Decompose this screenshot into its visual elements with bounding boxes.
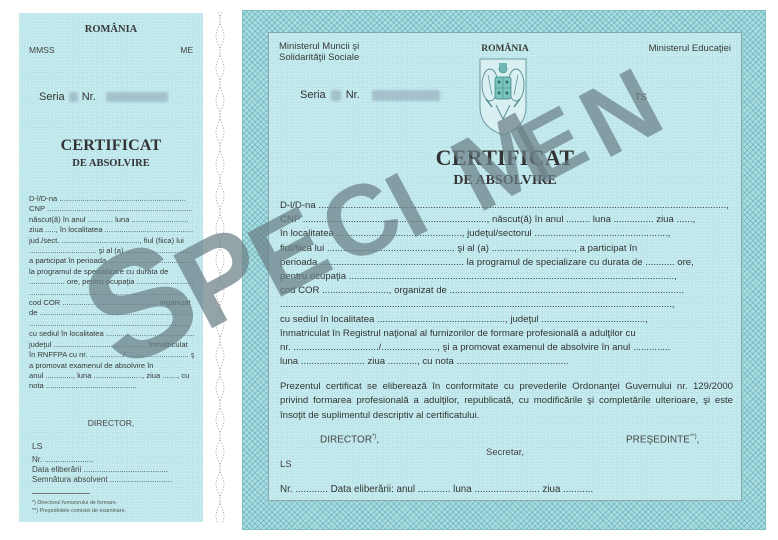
issue-details-line: Nr. ............ Data eliberării: anul .… bbox=[280, 484, 593, 495]
perforation-line bbox=[215, 12, 225, 528]
certificate-field-line: cod COR ........................., organ… bbox=[280, 284, 733, 298]
stub-field-line: ........................................… bbox=[29, 319, 194, 329]
series-redacted bbox=[331, 90, 341, 101]
certificate-title: CERTIFICAT bbox=[269, 145, 741, 171]
ls-seal-label: LS bbox=[280, 459, 292, 470]
stub-field-line: D-l/D-na ...............................… bbox=[29, 194, 194, 204]
stub-field-line: anul ............., luna ...............… bbox=[29, 371, 194, 381]
seria-label: Seria bbox=[300, 89, 326, 101]
stub-field-line: la programul de specializare cu durata d… bbox=[29, 267, 194, 277]
certificate-main: Ministerul Muncii şi Solidarităţii Socia… bbox=[268, 32, 742, 501]
certificate-field-line: CNP ....................................… bbox=[280, 213, 733, 227]
stub-field-line: cod COR ................................… bbox=[29, 298, 194, 308]
certificate-field-line: în localitatea .........................… bbox=[280, 227, 733, 241]
stub-title: CERTIFICAT bbox=[19, 137, 203, 155]
stub-field-line: ........................................… bbox=[29, 288, 194, 298]
stub-fields: D-l/D-na ...............................… bbox=[29, 194, 194, 392]
romania-coat-of-arms-icon bbox=[476, 55, 530, 137]
certificate-field-line: D-l/D-na ...............................… bbox=[280, 199, 733, 213]
stub-issue-date-field: Data eliberării ........................… bbox=[32, 465, 172, 475]
stub-seria-label: Seria bbox=[39, 91, 65, 103]
stub-footnotes: *) Directorul furnizorului de formare. *… bbox=[32, 500, 126, 515]
director-footnote-mark: *) bbox=[372, 434, 376, 440]
stub-field-line: cu sediul în localitatea ...............… bbox=[29, 329, 194, 339]
president-footnote-mark: **) bbox=[690, 434, 697, 440]
number-redacted bbox=[372, 90, 440, 101]
stub-nr-field: Nr. ...................... bbox=[32, 455, 172, 465]
stub-field-line: a participat în perioada ...............… bbox=[29, 256, 194, 266]
footnote-president: **) Preşedintele comisiei de examinare. bbox=[32, 508, 126, 516]
stub-field-line: a promovat examenul de absolvire în bbox=[29, 361, 194, 371]
stub-field-line: de .....................................… bbox=[29, 308, 194, 318]
certificate-field-line: cu sediul în localitatea ...............… bbox=[280, 313, 733, 327]
nr-label: Nr. bbox=[346, 89, 360, 101]
stub-field-line: ................................ şi al (… bbox=[29, 246, 194, 256]
series-number: Seria Nr. bbox=[300, 89, 440, 101]
ts-label: TS bbox=[635, 92, 647, 103]
ministry-education: Ministerul Educaţiei bbox=[649, 43, 731, 54]
certificate-field-line: luna ........................ ziua .....… bbox=[280, 355, 733, 369]
stub-series-redacted bbox=[69, 92, 78, 102]
stub-field-line: jud./sect. .............................… bbox=[29, 236, 194, 246]
stub-series-number: Seria Nr. bbox=[39, 91, 168, 103]
stub-field-line: judeţul ................................… bbox=[29, 340, 194, 350]
president-signature-label: PREŞEDINTE**), bbox=[626, 434, 699, 445]
stub-signature-field: Semnătura absolvent ....................… bbox=[32, 475, 172, 485]
stub-ls-label: LS bbox=[32, 441, 42, 451]
stub-country: ROMÂNIA bbox=[19, 24, 203, 35]
stub-field-line: născut(ă) în anul ............ luna ....… bbox=[29, 215, 194, 225]
stub-field-line: CNP ....................................… bbox=[29, 204, 194, 214]
footnote-director: *) Directorul furnizorului de formare. bbox=[32, 500, 126, 508]
director-signature-label: DIRECTOR*), bbox=[320, 434, 379, 445]
legal-paragraph: Prezentul certificat se eliberează în co… bbox=[280, 380, 733, 423]
stub-field-line: nota ...................................… bbox=[29, 381, 194, 391]
certificate-field-line: ........................................… bbox=[280, 298, 733, 312]
stub-director-label: DIRECTOR, bbox=[19, 418, 203, 428]
stub-ministry-right: ME bbox=[180, 45, 193, 55]
certificate-field-line: perioada ...............................… bbox=[280, 256, 733, 270]
certificate-field-line: înmatriculat în Registrul naţional al fu… bbox=[280, 327, 733, 341]
stub-ministry-left: MMSS bbox=[29, 45, 55, 55]
secretary-signature-label: Secretar, bbox=[486, 447, 524, 458]
certificate-field-line: pentru ocupaţia ........................… bbox=[280, 270, 733, 284]
stub-field-line: în RNFFPA cu nr. ................/......… bbox=[29, 350, 194, 360]
stub-subtitle: DE ABSOLVIRE bbox=[19, 158, 203, 169]
stub-field-line: ................. ore, pentru ocupaţia .… bbox=[29, 277, 194, 287]
stub-bottom-fields: Nr. ...................... Data eliberăr… bbox=[32, 455, 172, 485]
certificate-subtitle: DE ABSOLVIRE bbox=[269, 173, 741, 189]
stub-nr-label: Nr. bbox=[82, 91, 96, 103]
president-label: PREŞEDINTE bbox=[626, 434, 690, 445]
certificate-stub: ROMÂNIA MMSS ME Seria Nr. CERTIFICAT DE … bbox=[19, 13, 203, 522]
stub-field-line: ziua ....., în localitatea .............… bbox=[29, 225, 194, 235]
certificate-field-line: fiul/fiica lui .........................… bbox=[280, 242, 733, 256]
certificate-field-line: nr. ................................/...… bbox=[280, 341, 733, 355]
stub-footnote-divider bbox=[32, 493, 90, 494]
director-label: DIRECTOR bbox=[320, 434, 372, 445]
stub-number-redacted bbox=[106, 92, 168, 102]
certificate-fields: D-l/D-na ...............................… bbox=[280, 199, 733, 369]
